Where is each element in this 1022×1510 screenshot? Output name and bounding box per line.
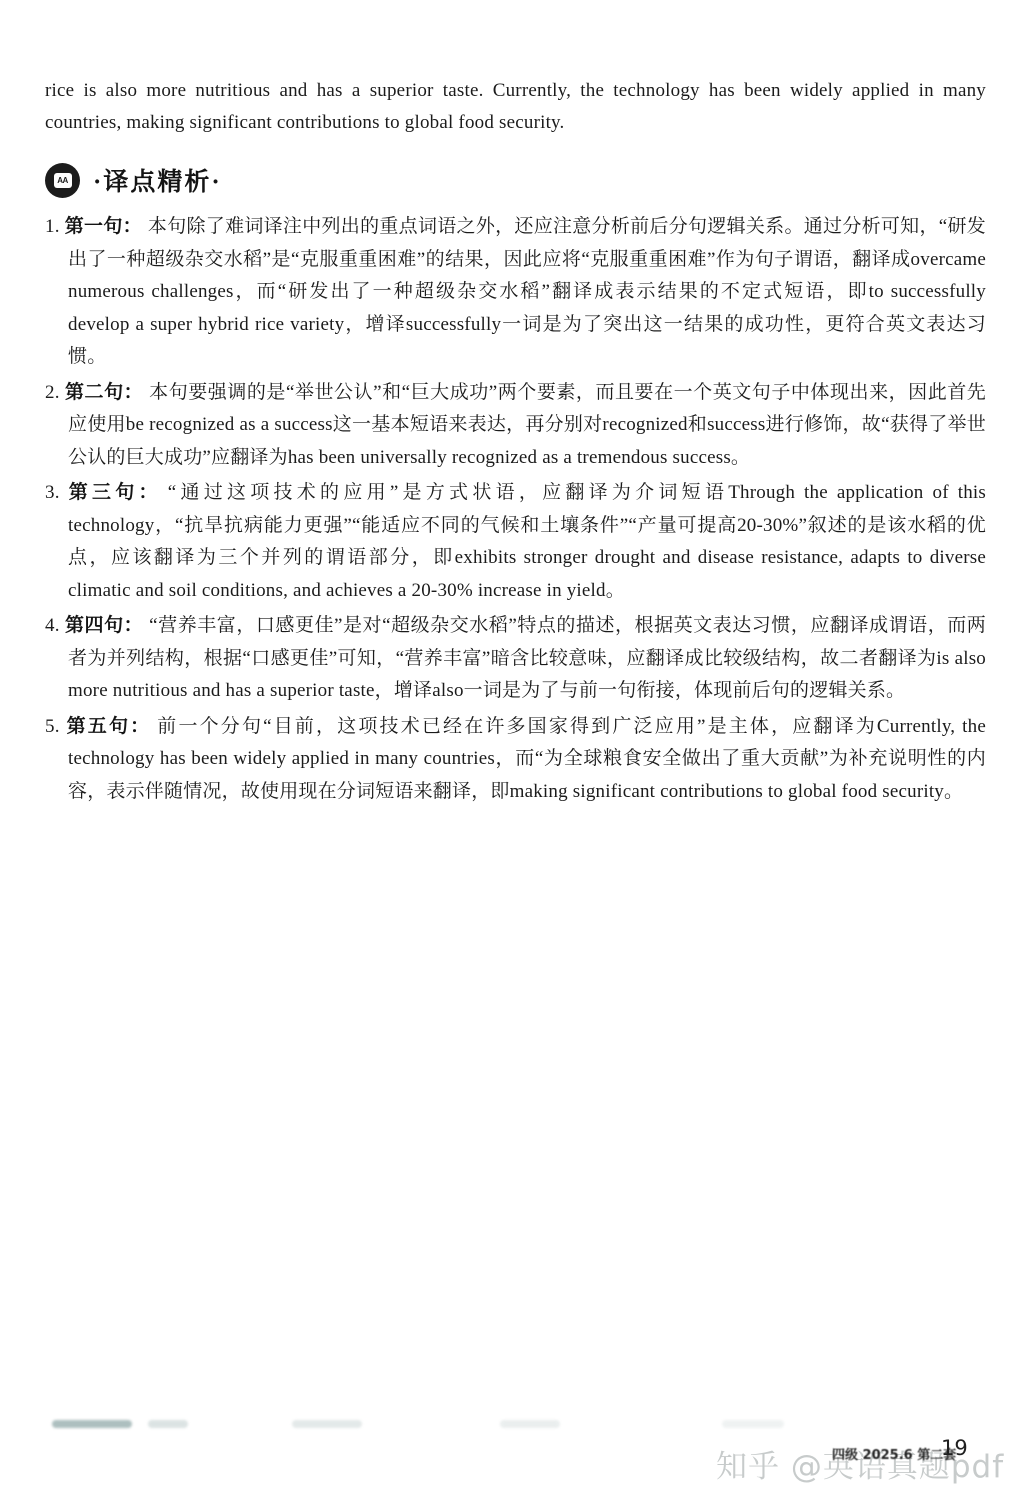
bleed-through-mark — [148, 1420, 188, 1428]
item-label: 第五句： — [65, 716, 152, 737]
section-title: ·译点精析· — [93, 162, 222, 198]
item-number: 5. — [45, 716, 60, 737]
item-number: 3. — [45, 482, 60, 503]
bleed-through-mark — [292, 1420, 362, 1428]
translation-badge-icon: AA — [45, 163, 80, 198]
item-text: “通过这项技术的应用”是方式状语，应翻译为介词短语Through the app… — [68, 482, 986, 601]
analysis-item-1: 1.第一句：本句除了难词译注中列出的重点词语之外，还应注意分析前后分句逻辑关系。… — [45, 211, 986, 374]
item-label: 第二句： — [65, 382, 144, 403]
item-number: 4. — [45, 615, 60, 636]
item-text: “营养丰富，口感更佳”是对“超级杂交水稻”特点的描述，根据英文表达习惯，应翻译成… — [68, 615, 986, 701]
item-label: 第四句： — [65, 615, 144, 636]
analysis-list: 1.第一句：本句除了难词译注中列出的重点词语之外，还应注意分析前后分句逻辑关系。… — [45, 211, 986, 808]
analysis-item-5: 5.第五句：前一个分句“目前，这项技术已经在许多国家得到广泛应用”是主体，应翻译… — [45, 711, 986, 809]
bleed-through-mark — [722, 1420, 784, 1428]
page-content: rice is also more nutritious and has a s… — [45, 56, 986, 811]
bleed-through-mark — [500, 1420, 560, 1428]
intro-paragraph: rice is also more nutritious and has a s… — [45, 75, 986, 139]
section-header: AA ·译点精析· — [45, 161, 986, 199]
analysis-item-4: 4.第四句：“营养丰富，口感更佳”是对“超级杂交水稻”特点的描述，根据英文表达习… — [45, 610, 986, 708]
item-label: 第一句： — [65, 216, 142, 237]
footer-exam-label: 四级 2025.6 第二套 — [832, 1444, 956, 1463]
item-text: 本句除了难词译注中列出的重点词语之外，还应注意分析前后分句逻辑关系。通过分析可知… — [68, 216, 986, 367]
item-text: 前一个分句“目前，这项技术已经在许多国家得到广泛应用”是主体，应翻译为Curre… — [68, 716, 986, 802]
analysis-item-3: 3.第三句：“通过这项技术的应用”是方式状语，应翻译为介词短语Through t… — [45, 477, 986, 607]
item-text: 本句要强调的是“举世公认”和“巨大成功”两个要素，而且要在一个英文句子中体现出来… — [68, 382, 986, 468]
item-number: 2. — [45, 382, 60, 403]
analysis-item-2: 2.第二句：本句要强调的是“举世公认”和“巨大成功”两个要素，而且要在一个英文句… — [45, 377, 986, 475]
item-label: 第三句： — [65, 482, 162, 503]
bleed-through-mark — [52, 1420, 132, 1428]
badge-glyph: AA — [54, 173, 72, 188]
page-number: 19 — [941, 1436, 968, 1460]
item-number: 1. — [45, 216, 60, 237]
